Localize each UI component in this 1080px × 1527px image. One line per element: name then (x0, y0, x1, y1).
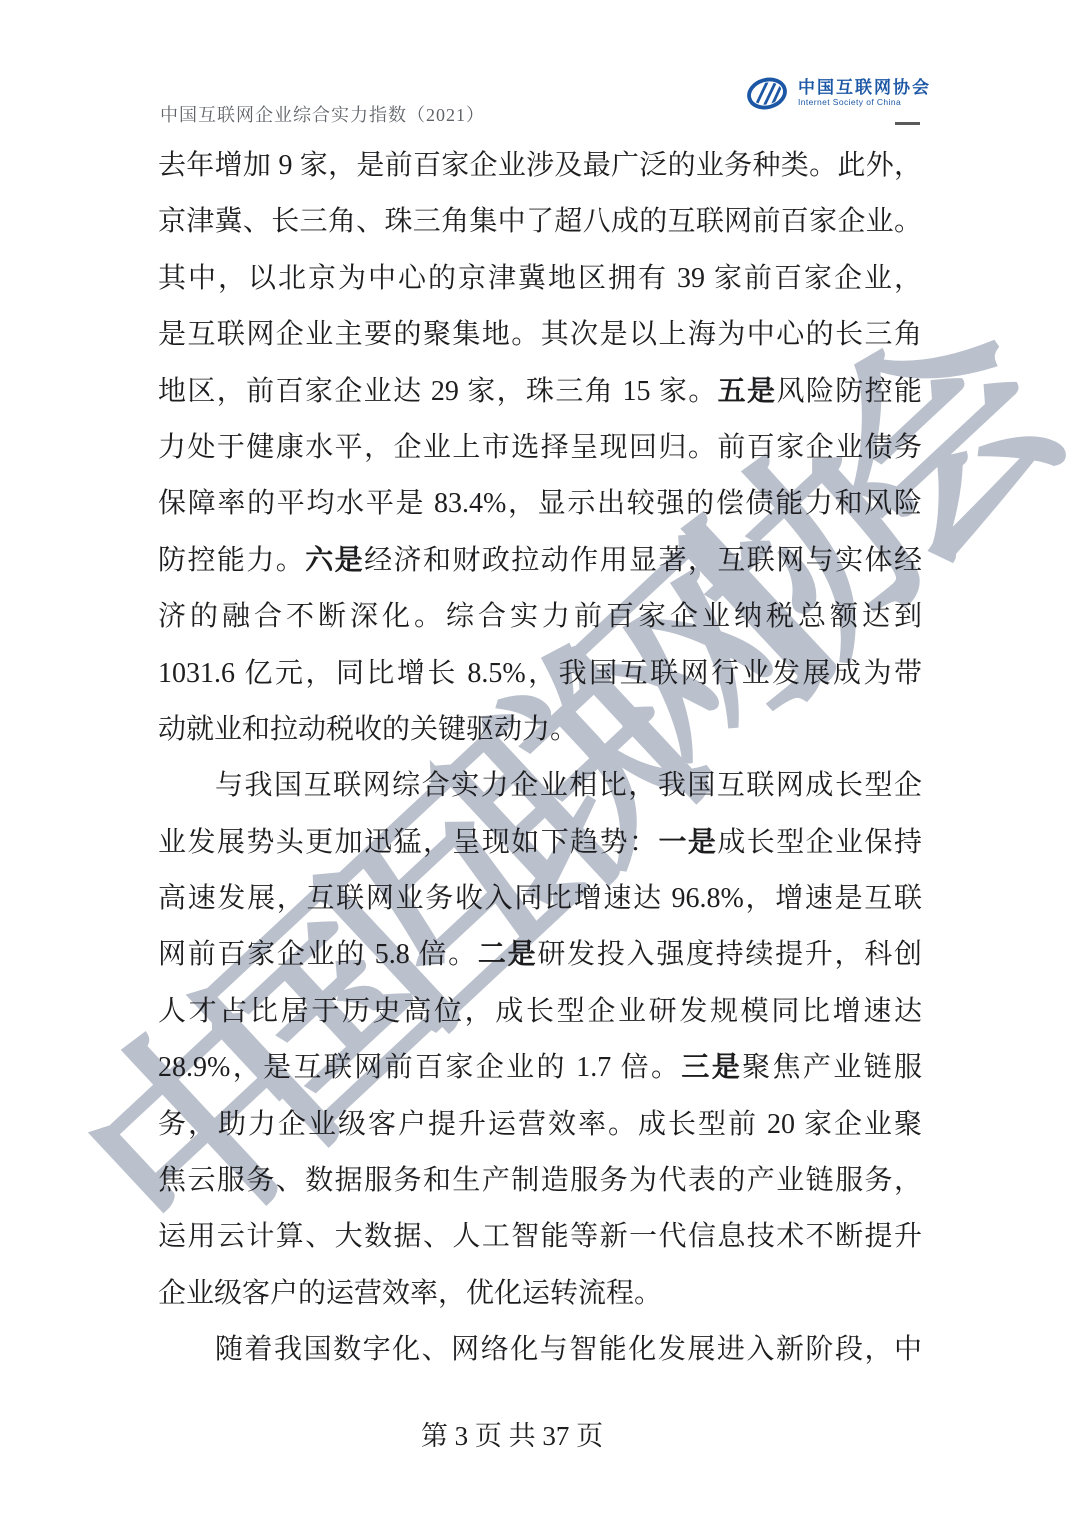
bold-text-run: 六是 (305, 545, 364, 576)
text-line: 京津冀、长三角、珠三角集中了超八成的互联网前百家企业。 (158, 194, 922, 250)
text-run: 1031.6 亿元，同比增长 8.5%，我国互联网行业发展成为带 (158, 658, 922, 689)
text-run: 去年增加 9 家，是前百家企业涉及最广泛的业务种类。此外， (158, 150, 922, 181)
text-run: 研发投入强度持续提升，科创 (537, 939, 922, 970)
body-text: 去年增加 9 家，是前百家企业涉及最广泛的业务种类。此外，京津冀、长三角、珠三角… (158, 138, 922, 1379)
text-line: 28.9%，是互联网前百家企业的 1.7 倍。三是聚焦产业链服 (158, 1040, 922, 1096)
text-line: 焦云服务、数据服务和生产制造服务为代表的产业链服务， (158, 1153, 922, 1209)
page-number: 第 3 页 共 37 页 (421, 1414, 603, 1453)
text-line: 去年增加 9 家，是前百家企业涉及最广泛的业务种类。此外， (158, 138, 922, 194)
text-line: 业发展势头更加迅猛，呈现如下趋势：一是成长型企业保持 (158, 815, 922, 871)
text-line: 1031.6 亿元，同比增长 8.5%，我国互联网行业发展成为带 (158, 646, 922, 702)
text-line: 企业级客户的运营效率，优化运转流程。 (158, 1266, 922, 1322)
text-run: 济的融合不断深化。综合实力前百家企业纳税总额达到 (158, 601, 922, 632)
text-run: 其中，以北京为中心的京津冀地区拥有 39 家前百家企业， (158, 263, 922, 294)
text-run: 与我国互联网综合实力企业相比，我国互联网成长型企 (215, 770, 922, 801)
text-line: 运用云计算、大数据、人工智能等新一代信息技术不断提升 (158, 1209, 922, 1265)
text-line: 力处于健康水平，企业上市选择呈现回归。前百家企业债务 (158, 420, 922, 476)
text-run: 28.9%，是互联网前百家企业的 1.7 倍。 (158, 1052, 681, 1083)
document-title: 中国互联网企业综合实力指数（2021） (160, 101, 485, 127)
text-run: 务，助力企业级客户提升运营效率。成长型前 20 家企业聚 (158, 1109, 922, 1140)
document-page: 中国互联网协会 中国互联网企业综合实力指数（2021） (0, 0, 1080, 1527)
bold-text-run: 二是 (478, 939, 537, 970)
text-run: 人才占比居于历史高位，成长型企业研发规模同比增速达 (158, 996, 922, 1027)
org-logo: 中国互联网协会 Internet Society of China (746, 76, 931, 111)
text-line: 务，助力企业级客户提升运营效率。成长型前 20 家企业聚 (158, 1097, 922, 1153)
logo-name-en: Internet Society of China (798, 98, 931, 107)
text-run: 成长型企业保持 (717, 827, 922, 858)
logo-text: 中国互联网协会 Internet Society of China (798, 79, 931, 107)
text-run: 力处于健康水平，企业上市选择呈现回归。前百家企业债务 (158, 432, 922, 463)
bold-text-run: 五是 (718, 376, 777, 407)
logo-name-cn: 中国互联网协会 (798, 79, 931, 98)
text-line: 动就业和拉动税收的关键驱动力。 (158, 702, 922, 758)
text-line: 其中，以北京为中心的京津冀地区拥有 39 家前百家企业， (158, 251, 922, 307)
text-run: 动就业和拉动税收的关键驱动力。 (158, 714, 578, 745)
text-run: 企业级客户的运营效率，优化运转流程。 (158, 1278, 662, 1309)
text-run: 风险防控能 (776, 376, 922, 407)
text-line: 网前百家企业的 5.8 倍。二是研发投入强度持续提升，科创 (158, 927, 922, 983)
text-run: 网前百家企业的 5.8 倍。 (158, 939, 478, 970)
text-run: 业发展势头更加迅猛，呈现如下趋势： (158, 827, 658, 858)
text-run: 保障率的平均水平是 83.4%，显示出较强的偿债能力和风险 (158, 488, 922, 519)
text-line: 保障率的平均水平是 83.4%，显示出较强的偿债能力和风险 (158, 476, 922, 532)
text-line: 高速发展，互联网业务收入同比增速达 96.8%，增速是互联 (158, 871, 922, 927)
text-run: 京津冀、长三角、珠三角集中了超八成的互联网前百家企业。 (158, 206, 922, 237)
bold-text-run: 三是 (681, 1052, 742, 1083)
header-dash (895, 122, 920, 125)
text-run: 焦云服务、数据服务和生产制造服务为代表的产业链服务， (158, 1165, 922, 1196)
text-run: 高速发展，互联网业务收入同比增速达 96.8%，增速是互联 (158, 883, 922, 914)
text-run: 防控能力。 (158, 545, 305, 576)
text-line: 是互联网企业主要的聚集地。其次是以上海为中心的长三角 (158, 307, 922, 363)
text-line: 地区，前百家企业达 29 家，珠三角 15 家。五是风险防控能 (158, 364, 922, 420)
text-run: 是互联网企业主要的聚集地。其次是以上海为中心的长三角 (158, 319, 922, 350)
text-line: 防控能力。六是经济和财政拉动作用显著，互联网与实体经 (158, 533, 922, 589)
text-line: 济的融合不断深化。综合实力前百家企业纳税总额达到 (158, 589, 922, 645)
text-line: 人才占比居于历史高位，成长型企业研发规模同比增速达 (158, 984, 922, 1040)
text-run: 经济和财政拉动作用显著，互联网与实体经 (364, 545, 922, 576)
text-run: 随着我国数字化、网络化与智能化发展进入新阶段，中 (215, 1334, 922, 1365)
text-line: 与我国互联网综合实力企业相比，我国互联网成长型企 (158, 758, 922, 814)
page-footer: 第 3 页 共 37 页 (0, 1414, 1080, 1453)
text-line: 随着我国数字化、网络化与智能化发展进入新阶段，中 (158, 1322, 922, 1378)
text-run: 运用云计算、大数据、人工智能等新一代信息技术不断提升 (158, 1221, 922, 1252)
text-run: 聚焦产业链服 (742, 1052, 922, 1083)
isc-swirl-logo-icon (746, 76, 788, 111)
bold-text-run: 一是 (658, 827, 717, 858)
text-run: 地区，前百家企业达 29 家，珠三角 15 家。 (158, 376, 718, 407)
